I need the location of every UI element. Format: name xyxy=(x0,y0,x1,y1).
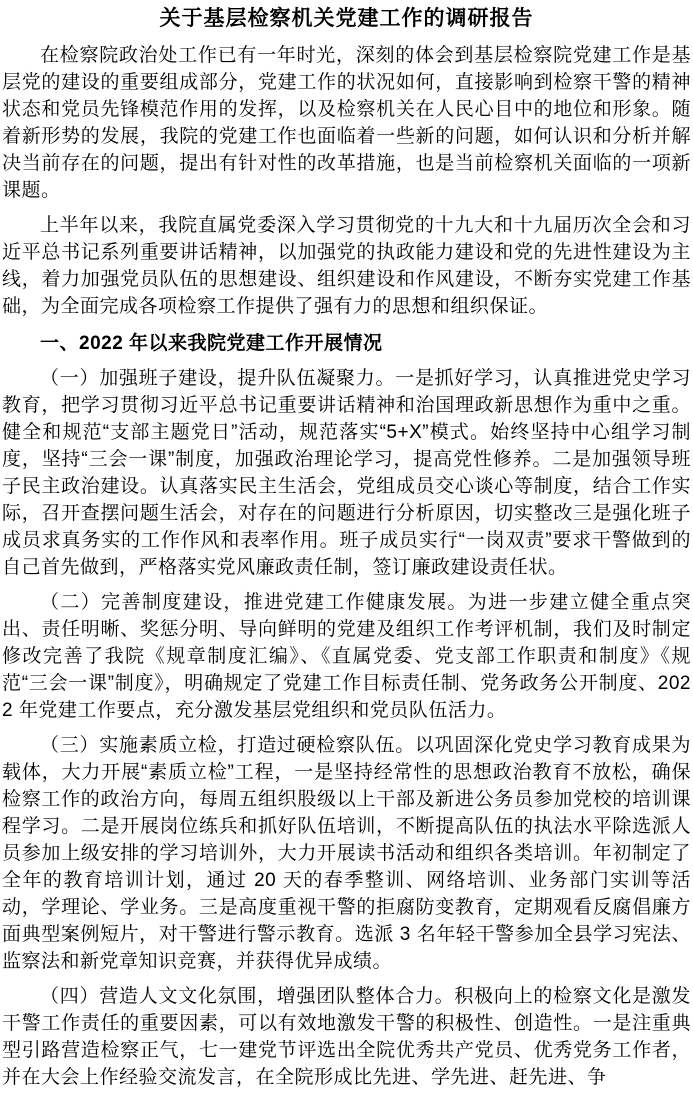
section-heading-1: 一、2022 年以来我院党建工作开展情况 xyxy=(2,330,691,357)
section-paragraph-3: （三）实施素质立检，打造过硬检察队伍。以巩固深化党史学习教育成果为载体，大力开展… xyxy=(2,732,691,975)
document-page: 关于基层检察机关党建工作的调研报告 在检察院政治处工作已有一年时光，深刻的体会到… xyxy=(0,0,693,1097)
intro-paragraph-1: 在检察院政治处工作已有一年时光，深刻的体会到基层检察院党建工作是基层党的建设的重… xyxy=(2,42,691,204)
section-paragraph-4: （四）营造人文文化氛围，增强团队整体合力。积极向上的检察文化是激发干警工作责任的… xyxy=(2,983,691,1091)
section-paragraph-2: （二）完善制度建设，推进党建工作健康发展。为进一步建立健全重点突出、责任明晰、奖… xyxy=(2,589,691,724)
document-title: 关于基层检察机关党建工作的调研报告 xyxy=(2,5,691,33)
section-paragraph-1: （一）加强班子建设，提升队伍凝聚力。一是抓好学习，认真推进党史学习教育，把学习贯… xyxy=(2,365,691,581)
intro-paragraph-2: 上半年以来，我院直属党委深入学习贯彻党的十九大和十九届历次全会和习近平总书记系列… xyxy=(2,212,691,320)
